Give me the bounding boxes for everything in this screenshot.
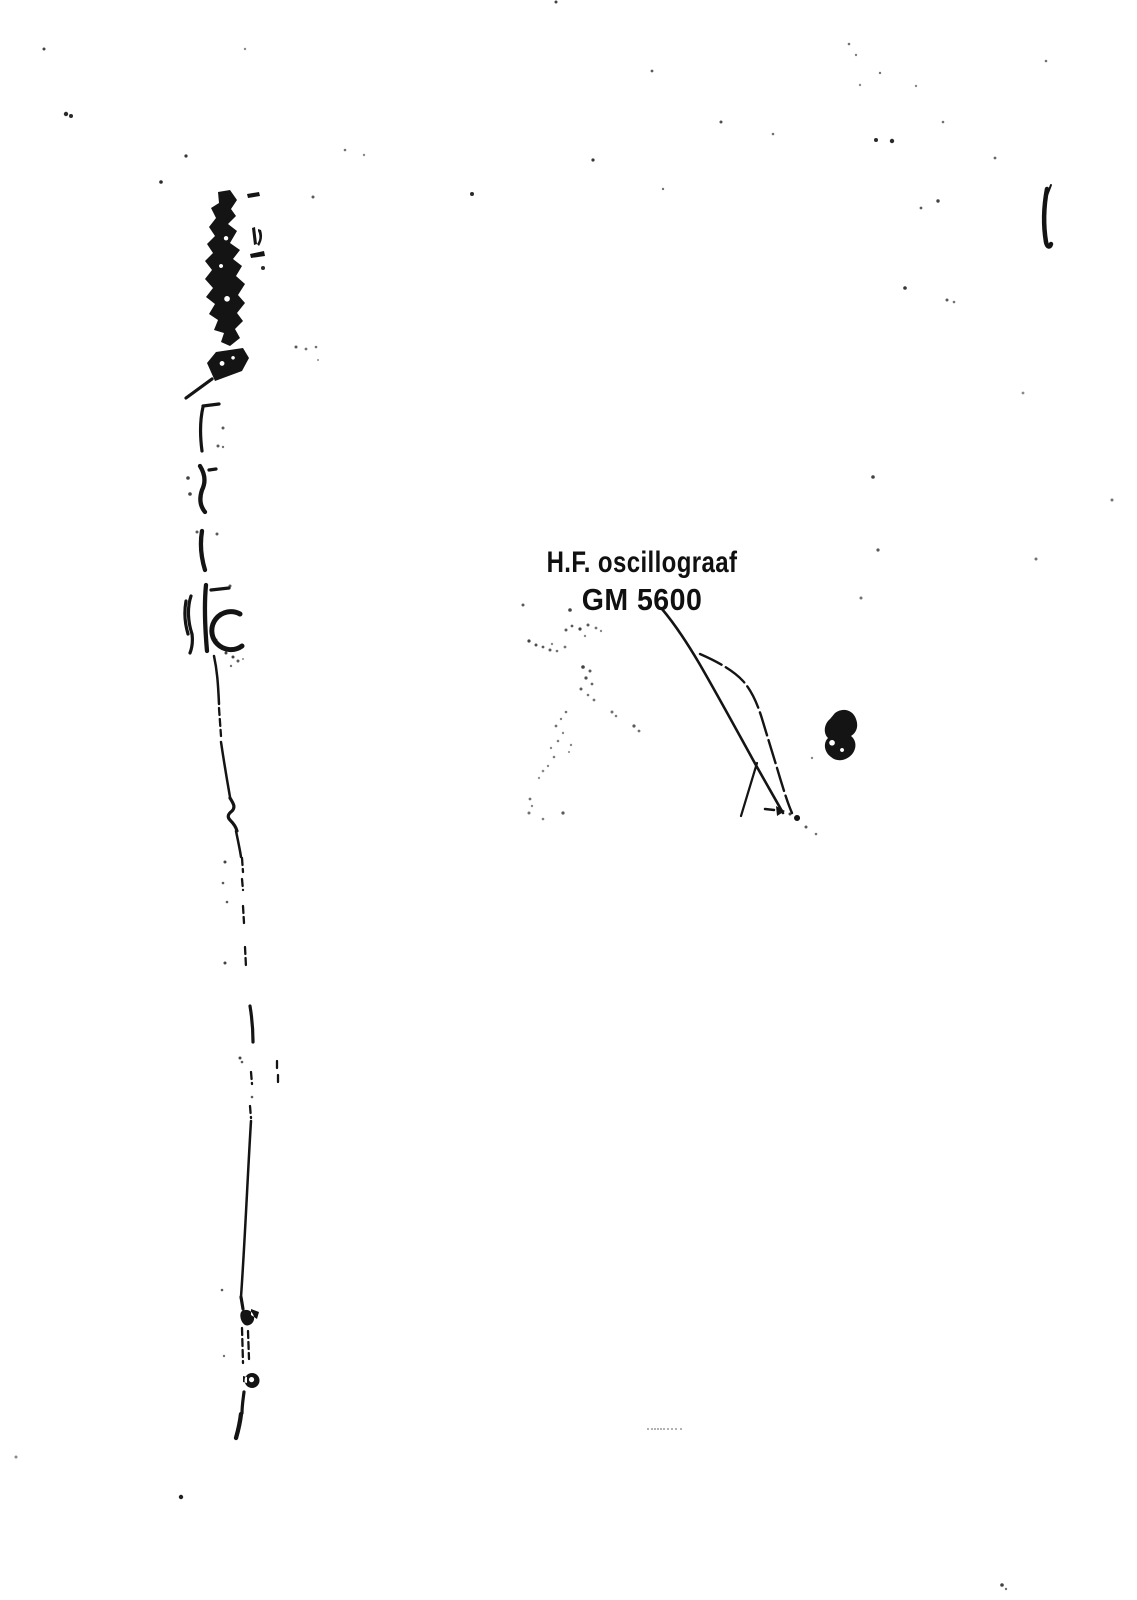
scan-speck bbox=[942, 121, 945, 124]
title-pointer-scratch bbox=[662, 609, 800, 821]
scan-speck bbox=[529, 798, 532, 801]
scan-speck bbox=[241, 1061, 244, 1064]
scan-speck bbox=[43, 48, 46, 51]
circle-arc-mark bbox=[212, 612, 242, 650]
scan-speck bbox=[344, 149, 347, 152]
dotted-line-dot bbox=[667, 1428, 669, 1430]
scan-speck bbox=[584, 635, 586, 637]
scan-speck bbox=[222, 427, 225, 430]
scan-speck bbox=[815, 833, 818, 836]
scan-speck bbox=[555, 725, 558, 728]
ink-smudge-shape bbox=[205, 190, 265, 381]
scan-speck bbox=[600, 630, 602, 632]
scan-speck bbox=[589, 670, 592, 673]
scan-speck bbox=[528, 812, 531, 815]
scan-speck bbox=[215, 639, 218, 642]
scan-speck bbox=[570, 744, 572, 746]
scan-speck bbox=[1005, 1588, 1007, 1590]
scan-speck bbox=[584, 676, 587, 679]
scan-speck bbox=[994, 157, 997, 160]
scan-speck bbox=[611, 711, 614, 714]
scan-speck bbox=[1035, 558, 1038, 561]
dotted-line-dot bbox=[671, 1428, 673, 1430]
dotted-line-dot bbox=[647, 1428, 649, 1430]
scan-speck bbox=[221, 1289, 224, 1292]
scan-speck bbox=[874, 138, 878, 142]
scan-speck bbox=[811, 757, 813, 759]
scan-speck bbox=[632, 724, 635, 727]
scan-speck bbox=[223, 1355, 225, 1357]
scan-speck bbox=[848, 43, 851, 46]
scan-speck bbox=[222, 446, 224, 448]
title-line-2: GM 5600 bbox=[582, 582, 703, 618]
pointer-line-short bbox=[741, 763, 757, 816]
scan-speck bbox=[315, 346, 318, 349]
scan-speck bbox=[562, 732, 564, 734]
scan-speck bbox=[593, 699, 596, 702]
scan-speck bbox=[305, 348, 308, 351]
scan-speck bbox=[936, 199, 939, 202]
scan-speck bbox=[549, 649, 552, 652]
scan-speck bbox=[557, 740, 560, 743]
scan-speck bbox=[224, 962, 227, 965]
left-scratch-line bbox=[185, 379, 278, 1438]
scan-speck bbox=[772, 133, 775, 136]
scan-speck bbox=[581, 665, 585, 669]
scan-speck bbox=[580, 688, 583, 691]
scan-speck bbox=[224, 861, 227, 864]
pointer-arrowhead bbox=[776, 806, 800, 821]
pointer-line-branch bbox=[700, 654, 792, 813]
dotted-line-dot bbox=[654, 1428, 656, 1430]
scan-speck bbox=[578, 627, 581, 630]
dotted-line-dot bbox=[660, 1428, 662, 1430]
scratch-thin-segments bbox=[214, 656, 251, 1297]
scan-speck bbox=[903, 286, 907, 290]
scan-speck bbox=[1111, 499, 1114, 502]
scan-speck bbox=[1000, 1583, 1004, 1587]
scan-speck bbox=[538, 777, 540, 779]
dotted-line-dot bbox=[675, 1428, 677, 1430]
scan-speck bbox=[662, 188, 664, 190]
scan-speck bbox=[179, 1495, 183, 1499]
scan-speck bbox=[860, 597, 863, 600]
scan-speck bbox=[871, 475, 875, 479]
scan-speck bbox=[920, 207, 923, 210]
scan-speck bbox=[805, 826, 808, 829]
scan-speck bbox=[522, 604, 525, 607]
scan-speck bbox=[551, 643, 553, 645]
binding-ink-smudge bbox=[205, 190, 265, 381]
scan-speck bbox=[226, 901, 229, 904]
scanned-page: H.F. oscillograaf GM 5600 bbox=[0, 0, 1137, 1600]
scan-speck bbox=[591, 158, 594, 161]
scan-speck bbox=[542, 770, 545, 773]
pointer-line-main bbox=[662, 609, 783, 813]
scan-speck bbox=[470, 192, 474, 196]
scan-speck bbox=[550, 747, 552, 749]
scan-speck bbox=[196, 531, 199, 534]
scan-speck bbox=[64, 112, 68, 116]
scan-speck bbox=[568, 751, 570, 753]
scan-speck bbox=[638, 730, 641, 733]
scan-speck bbox=[565, 711, 568, 714]
scan-speck bbox=[879, 72, 881, 74]
scan-speck bbox=[591, 683, 594, 686]
scan-speck bbox=[531, 805, 533, 807]
scan-speck bbox=[244, 48, 246, 50]
scan-speck bbox=[186, 476, 190, 480]
scan-speck bbox=[261, 266, 265, 270]
scan-artifacts-layer bbox=[0, 0, 1137, 1600]
scan-speck bbox=[312, 196, 315, 199]
scan-speck bbox=[225, 652, 228, 655]
scan-speck bbox=[560, 718, 562, 720]
scan-speck bbox=[946, 299, 949, 302]
scan-speck bbox=[363, 154, 365, 156]
scan-speck bbox=[571, 625, 574, 628]
scan-speck bbox=[556, 650, 559, 653]
scan-speck bbox=[855, 54, 857, 56]
scan-speck bbox=[564, 646, 567, 649]
scan-speck bbox=[587, 694, 590, 697]
scan-speck bbox=[565, 629, 568, 632]
scan-speck bbox=[230, 665, 232, 667]
title-line-1: H.F. oscillograaf bbox=[547, 546, 738, 580]
scan-speck bbox=[859, 84, 861, 86]
scratch-blobs bbox=[240, 1309, 259, 1388]
scan-speck bbox=[555, 1, 558, 4]
scan-speck bbox=[69, 114, 73, 118]
scan-speck bbox=[527, 639, 530, 642]
scan-speck bbox=[159, 180, 163, 184]
scan-speck bbox=[720, 121, 723, 124]
scan-speck bbox=[242, 658, 244, 660]
scan-speck bbox=[547, 765, 549, 767]
scan-speck bbox=[239, 1057, 242, 1060]
dotted-line-dot bbox=[651, 1428, 653, 1430]
scan-speck bbox=[535, 644, 538, 647]
scan-speck bbox=[1022, 392, 1025, 395]
scan-speck bbox=[651, 70, 654, 73]
scan-speck bbox=[15, 1456, 18, 1459]
scratch-dashed-segments bbox=[219, 708, 278, 1363]
pointer-tick bbox=[765, 809, 774, 810]
dotted-line-dot bbox=[657, 1428, 659, 1430]
scan-speck bbox=[222, 882, 225, 885]
scan-speck bbox=[232, 656, 235, 659]
scan-speck bbox=[237, 660, 240, 663]
dotted-line-dot bbox=[680, 1428, 682, 1430]
scan-speck bbox=[317, 359, 319, 361]
scan-speck bbox=[188, 492, 192, 496]
scan-speck bbox=[587, 624, 590, 627]
scan-speck bbox=[542, 646, 545, 649]
scan-speck bbox=[561, 811, 564, 814]
faint-dotted-line bbox=[647, 1428, 682, 1430]
scan-speck bbox=[217, 445, 220, 448]
scan-speck bbox=[229, 585, 232, 588]
scan-speck bbox=[251, 1096, 254, 1099]
scan-speckles bbox=[15, 1, 1114, 1591]
scan-speck bbox=[953, 301, 956, 304]
scan-speck bbox=[542, 818, 545, 821]
scan-speck bbox=[553, 756, 556, 759]
scan-speck bbox=[915, 85, 917, 87]
scan-speck bbox=[890, 139, 894, 143]
scan-speck bbox=[595, 627, 598, 630]
right-edge-mark bbox=[1044, 185, 1051, 246]
ink-blot-shape bbox=[825, 710, 857, 760]
scan-speck bbox=[615, 715, 618, 718]
scan-speck bbox=[568, 608, 572, 612]
scan-speck bbox=[789, 813, 792, 816]
ink-blot bbox=[825, 710, 857, 760]
scan-speck bbox=[1045, 60, 1048, 63]
scan-speck bbox=[184, 154, 187, 157]
scan-speck bbox=[216, 533, 219, 536]
scan-speck bbox=[295, 346, 298, 349]
scan-speck bbox=[876, 548, 879, 551]
dotted-line-dot bbox=[663, 1428, 665, 1430]
